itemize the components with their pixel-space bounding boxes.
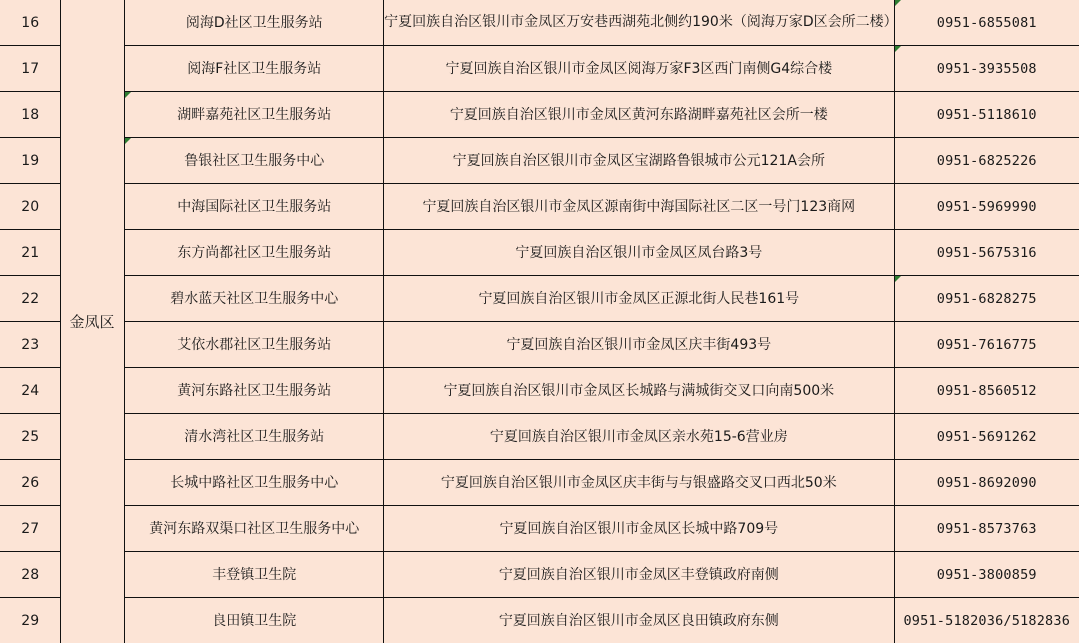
row-number-cell[interactable]: 28: [0, 552, 61, 598]
station-name: 碧水蓝天社区卫生服务中心: [170, 291, 338, 307]
error-indicator-icon: [895, 0, 901, 6]
address: 宁夏回族自治区银川市金凤区阅海万家F3区西门南侧G4综合楼: [445, 61, 832, 77]
station-name-cell[interactable]: 黄河东路双渠口社区卫生服务中心: [125, 506, 384, 552]
phone-number: 0951-8560512: [937, 383, 1037, 399]
address-cell[interactable]: 宁夏回族自治区银川市金凤区长城路与满城街交叉口向南500米: [384, 368, 894, 414]
row-number: 26: [21, 475, 39, 491]
phone-number: 0951-5691262: [937, 429, 1037, 445]
station-name: 中海国际社区卫生服务站: [177, 199, 331, 215]
station-name-cell[interactable]: 碧水蓝天社区卫生服务中心: [125, 276, 384, 322]
station-name: 东方尚都社区卫生服务站: [177, 245, 331, 261]
table-row: 19 鲁银社区卫生服务中心 宁夏回族自治区银川市金凤区宝湖路鲁银城市公元121A…: [0, 138, 1079, 184]
row-number: 25: [21, 429, 39, 445]
address-cell[interactable]: 宁夏回族自治区银川市金凤区凤台路3号: [384, 230, 894, 276]
row-number-cell[interactable]: 18: [0, 92, 61, 138]
phone-cell[interactable]: 0951-5675316: [894, 230, 1079, 276]
station-name: 黄河东路社区卫生服务站: [177, 383, 331, 399]
station-name: 阅海D社区卫生服务站: [186, 15, 323, 31]
row-number-cell[interactable]: 24: [0, 368, 61, 414]
phone-cell[interactable]: 0951-3800859: [894, 552, 1079, 598]
district-name: 金凤区: [69, 313, 114, 331]
station-name-cell[interactable]: 阅海D社区卫生服务站: [125, 0, 384, 46]
table-row: 16 金凤区阅海D社区卫生服务站 宁夏回族自治区银川市金凤区万安巷西湖苑北侧约1…: [0, 0, 1079, 46]
address: 宁夏回族自治区银川市金凤区源南街中海国际社区二区一号门123商网: [422, 199, 855, 215]
address: 宁夏回族自治区银川市金凤区亲水苑15-6营业房: [490, 429, 788, 445]
address: 宁夏回族自治区银川市金凤区长城路与满城街交叉口向南500米: [443, 383, 834, 399]
address: 宁夏回族自治区银川市金凤区凤台路3号: [515, 245, 762, 261]
error-indicator-icon: [895, 46, 901, 52]
address-cell[interactable]: 宁夏回族自治区银川市金凤区庆丰街与与银盛路交叉口西北50米: [384, 460, 894, 506]
error-indicator-icon: [895, 276, 901, 282]
station-name: 长城中路社区卫生服务中心: [170, 475, 338, 491]
station-name-cell[interactable]: 黄河东路社区卫生服务站: [125, 368, 384, 414]
station-name-cell[interactable]: 鲁银社区卫生服务中心: [125, 138, 384, 184]
table-row: 27 黄河东路双渠口社区卫生服务中心 宁夏回族自治区银川市金凤区长城中路709号…: [0, 506, 1079, 552]
row-number: 27: [21, 521, 39, 537]
row-number: 22: [21, 291, 39, 307]
station-name: 良田镇卫生院: [212, 613, 296, 629]
station-name: 艾依水郡社区卫生服务站: [177, 337, 331, 353]
phone-number: 0951-7616775: [937, 337, 1037, 353]
error-indicator-icon: [125, 138, 131, 144]
row-number-cell[interactable]: 26: [0, 460, 61, 506]
row-number-cell[interactable]: 27: [0, 506, 61, 552]
phone-cell[interactable]: 0951-7616775: [894, 322, 1079, 368]
station-name: 湖畔嘉苑社区卫生服务站: [177, 107, 331, 123]
address-cell[interactable]: 宁夏回族自治区银川市金凤区黄河东路湖畔嘉苑社区会所一楼: [384, 92, 894, 138]
table-row: 21 东方尚都社区卫生服务站 宁夏回族自治区银川市金凤区凤台路3号 0951-5…: [0, 230, 1079, 276]
phone-number: 0951-3800859: [937, 567, 1037, 583]
address: 宁夏回族自治区银川市金凤区庆丰街493号: [506, 337, 771, 353]
row-number: 19: [21, 153, 39, 169]
spreadsheet: 16 金凤区阅海D社区卫生服务站 宁夏回族自治区银川市金凤区万安巷西湖苑北侧约1…: [0, 0, 1079, 643]
row-number: 18: [21, 107, 39, 123]
table-row: 22 碧水蓝天社区卫生服务中心 宁夏回族自治区银川市金凤区正源北街人民巷161号…: [0, 276, 1079, 322]
phone-cell[interactable]: 0951-3935508: [894, 46, 1079, 92]
address: 宁夏回族自治区银川市金凤区万安巷西湖苑北侧约190米（阅海万家D区会所二楼）: [384, 14, 894, 30]
health-station-table: 16 金凤区阅海D社区卫生服务站 宁夏回族自治区银川市金凤区万安巷西湖苑北侧约1…: [0, 0, 1079, 643]
phone-cell[interactable]: 0951-5969990: [894, 184, 1079, 230]
row-number: 29: [21, 613, 39, 629]
district-cell[interactable]: 金凤区: [61, 0, 125, 643]
phone-cell[interactable]: 0951-5118610: [894, 92, 1079, 138]
station-name-cell[interactable]: 中海国际社区卫生服务站: [125, 184, 384, 230]
station-name-cell[interactable]: 阅海F社区卫生服务站: [125, 46, 384, 92]
phone-number: 0951-5182036/5182836: [903, 613, 1070, 629]
address: 宁夏回族自治区银川市金凤区黄河东路湖畔嘉苑社区会所一楼: [450, 107, 828, 123]
row-number-cell[interactable]: 25: [0, 414, 61, 460]
station-name-cell[interactable]: 清水湾社区卫生服务站: [125, 414, 384, 460]
row-number: 16: [21, 15, 39, 31]
row-number-cell[interactable]: 29: [0, 598, 61, 643]
row-number-cell[interactable]: 22: [0, 276, 61, 322]
station-name: 丰登镇卫生院: [212, 567, 296, 583]
address-cell[interactable]: 宁夏回族自治区银川市金凤区庆丰街493号: [384, 322, 894, 368]
error-indicator-icon: [125, 92, 131, 98]
address: 宁夏回族自治区银川市金凤区宝湖路鲁银城市公元121A会所: [453, 153, 825, 169]
address-cell[interactable]: 宁夏回族自治区银川市金凤区丰登镇政府南侧: [384, 552, 894, 598]
station-name: 清水湾社区卫生服务站: [184, 429, 324, 445]
row-number: 21: [21, 245, 39, 261]
station-name: 黄河东路双渠口社区卫生服务中心: [149, 521, 359, 537]
row-number-cell[interactable]: 23: [0, 322, 61, 368]
table-row: 28 丰登镇卫生院 宁夏回族自治区银川市金凤区丰登镇政府南侧 0951-3800…: [0, 552, 1079, 598]
table-row: 29 良田镇卫生院 宁夏回族自治区银川市金凤区良田镇政府东侧 0951-5182…: [0, 598, 1079, 643]
row-number: 20: [21, 199, 39, 215]
row-number: 23: [21, 337, 39, 353]
phone-cell[interactable]: 0951-5182036/5182836: [894, 598, 1079, 643]
phone-number: 0951-6825226: [937, 153, 1037, 169]
row-number-cell[interactable]: 17: [0, 46, 61, 92]
row-number-cell[interactable]: 19: [0, 138, 61, 184]
station-name-cell[interactable]: 长城中路社区卫生服务中心: [125, 460, 384, 506]
address: 宁夏回族自治区银川市金凤区庆丰街与与银盛路交叉口西北50米: [441, 475, 837, 491]
station-name-cell[interactable]: 湖畔嘉苑社区卫生服务站: [125, 92, 384, 138]
phone-number: 0951-5118610: [937, 107, 1037, 123]
address-cell[interactable]: 宁夏回族自治区银川市金凤区宝湖路鲁银城市公元121A会所: [384, 138, 894, 184]
address: 宁夏回族自治区银川市金凤区良田镇政府东侧: [499, 613, 779, 629]
address-cell[interactable]: 宁夏回族自治区银川市金凤区正源北街人民巷161号: [384, 276, 894, 322]
table-row: 18 湖畔嘉苑社区卫生服务站 宁夏回族自治区银川市金凤区黄河东路湖畔嘉苑社区会所…: [0, 92, 1079, 138]
phone-cell[interactable]: 0951-8560512: [894, 368, 1079, 414]
row-number: 28: [21, 567, 39, 583]
address-cell[interactable]: 宁夏回族自治区银川市金凤区源南街中海国际社区二区一号门123商网: [384, 184, 894, 230]
station-name: 阅海F社区卫生服务站: [187, 61, 321, 77]
station-name: 鲁银社区卫生服务中心: [184, 153, 324, 169]
phone-number: 0951-6828275: [937, 291, 1037, 307]
row-number: 17: [21, 61, 39, 77]
phone-cell[interactable]: 0951-6828275: [894, 276, 1079, 322]
table-row: 17 阅海F社区卫生服务站 宁夏回族自治区银川市金凤区阅海万家F3区西门南侧G4…: [0, 46, 1079, 92]
table-row: 25 清水湾社区卫生服务站 宁夏回族自治区银川市金凤区亲水苑15-6营业房 09…: [0, 414, 1079, 460]
station-name-cell[interactable]: 艾依水郡社区卫生服务站: [125, 322, 384, 368]
phone-number: 0951-8692090: [937, 475, 1037, 491]
table-row: 23 艾依水郡社区卫生服务站 宁夏回族自治区银川市金凤区庆丰街493号 0951…: [0, 322, 1079, 368]
table-row: 24 黄河东路社区卫生服务站 宁夏回族自治区银川市金凤区长城路与满城街交叉口向南…: [0, 368, 1079, 414]
phone-cell[interactable]: 0951-6855081: [894, 0, 1079, 46]
phone-number: 0951-6855081: [937, 15, 1037, 31]
row-number-cell[interactable]: 20: [0, 184, 61, 230]
phone-number: 0951-5675316: [937, 245, 1037, 261]
phone-cell[interactable]: 0951-5691262: [894, 414, 1079, 460]
phone-cell[interactable]: 0951-6825226: [894, 138, 1079, 184]
station-name-cell[interactable]: 丰登镇卫生院: [125, 552, 384, 598]
table-row: 26 长城中路社区卫生服务中心 宁夏回族自治区银川市金凤区庆丰街与与银盛路交叉口…: [0, 460, 1079, 506]
row-number-cell[interactable]: 21: [0, 230, 61, 276]
station-name-cell[interactable]: 东方尚都社区卫生服务站: [125, 230, 384, 276]
address-cell[interactable]: 宁夏回族自治区银川市金凤区亲水苑15-6营业房: [384, 414, 894, 460]
address: 宁夏回族自治区银川市金凤区长城中路709号: [499, 521, 778, 537]
address: 宁夏回族自治区银川市金凤区正源北街人民巷161号: [478, 291, 799, 307]
address-cell[interactable]: 宁夏回族自治区银川市金凤区长城中路709号: [384, 506, 894, 552]
address-cell[interactable]: 宁夏回族自治区银川市金凤区良田镇政府东侧: [384, 598, 894, 643]
row-number-cell[interactable]: 16: [0, 0, 61, 46]
address: 宁夏回族自治区银川市金凤区丰登镇政府南侧: [499, 567, 779, 583]
row-number: 24: [21, 383, 39, 399]
phone-number: 0951-8573763: [937, 521, 1037, 537]
phone-number: 0951-3935508: [937, 61, 1037, 77]
phone-cell[interactable]: 0951-8692090: [894, 460, 1079, 506]
address-cell[interactable]: 宁夏回族自治区银川市金凤区万安巷西湖苑北侧约190米（阅海万家D区会所二楼）: [384, 0, 894, 46]
table-row: 20 中海国际社区卫生服务站 宁夏回族自治区银川市金凤区源南街中海国际社区二区一…: [0, 184, 1079, 230]
phone-cell[interactable]: 0951-8573763: [894, 506, 1079, 552]
station-name-cell[interactable]: 良田镇卫生院: [125, 598, 384, 643]
phone-number: 0951-5969990: [937, 199, 1037, 215]
address-cell[interactable]: 宁夏回族自治区银川市金凤区阅海万家F3区西门南侧G4综合楼: [384, 46, 894, 92]
